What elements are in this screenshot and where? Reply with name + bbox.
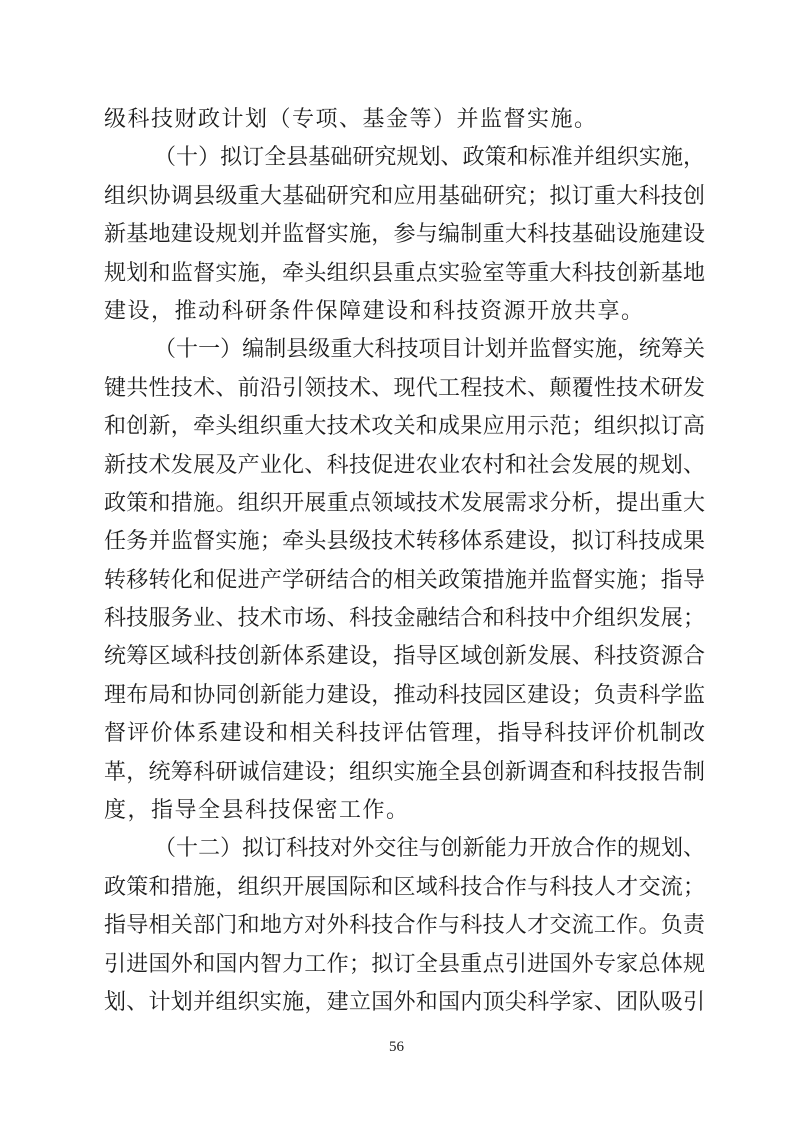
- document-line: 新基地建设规划并监督实施，参与编制重大科技基础设施建设: [104, 215, 705, 253]
- document-line: 任务并监督实施；牵头县级技术转移体系建设，拟订科技成果: [104, 522, 705, 560]
- document-line: 级科技财政计划（专项、基金等）并监督实施。: [104, 100, 705, 138]
- document-line: 转移转化和促进产学研结合的相关政策措施并监督实施；指导: [104, 561, 705, 599]
- document-line: 和创新，牵头组织重大技术攻关和成果应用示范；组织拟订高: [104, 407, 705, 445]
- document-line: 新技术发展及产业化、科技促进农业农村和社会发展的规划、: [104, 446, 705, 484]
- document-line: 统筹区域科技创新体系建设，指导区域创新发展、科技资源合: [104, 637, 705, 675]
- document-line: （十）拟订全县基础研究规划、政策和标准并组织实施，: [104, 138, 705, 176]
- document-line: 度，指导全县科技保密工作。: [104, 791, 705, 829]
- page-number: 56: [389, 1039, 404, 1055]
- document-line: 督评价体系建设和相关科技评估管理，指导科技评价机制改: [104, 714, 705, 752]
- document-line: 指导相关部门和地方对外科技合作与科技人才交流工作。负责: [104, 906, 705, 944]
- document-line: 建设，推动科研条件保障建设和科技资源开放共享。: [104, 292, 705, 330]
- document-body: 级科技财政计划（专项、基金等）并监督实施。（十）拟订全县基础研究规划、政策和标准…: [104, 100, 705, 1021]
- document-line: 革，统筹科研诚信建设；组织实施全县创新调查和科技报告制: [104, 753, 705, 791]
- page-footer: 56: [0, 1038, 793, 1056]
- document-line: 科技服务业、技术市场、科技金融结合和科技中介组织发展；: [104, 599, 705, 637]
- document-line: 组织协调县级重大基础研究和应用基础研究；拟订重大科技创: [104, 177, 705, 215]
- document-page: 级科技财政计划（专项、基金等）并监督实施。（十）拟订全县基础研究规划、政策和标准…: [0, 0, 793, 1122]
- document-line: 政策和措施。组织开展重点领域技术发展需求分析，提出重大: [104, 484, 705, 522]
- document-line: 规划和监督实施，牵头组织县重点实验室等重大科技创新基地: [104, 254, 705, 292]
- document-line: （十二）拟订科技对外交往与创新能力开放合作的规划、: [104, 829, 705, 867]
- document-line: 政策和措施，组织开展国际和区域科技合作与科技人才交流；: [104, 868, 705, 906]
- document-line: （十一）编制县级重大科技项目计划并监督实施，统筹关: [104, 330, 705, 368]
- document-line: 理布局和协同创新能力建设，推动科技园区建设；负责科学监: [104, 676, 705, 714]
- document-line: 键共性技术、前沿引领技术、现代工程技术、颠覆性技术研发: [104, 369, 705, 407]
- document-line: 引进国外和国内智力工作；拟订全县重点引进国外专家总体规: [104, 945, 705, 983]
- document-line: 划、计划并组织实施，建立国外和国内顶尖科学家、团队吸引: [104, 983, 705, 1021]
